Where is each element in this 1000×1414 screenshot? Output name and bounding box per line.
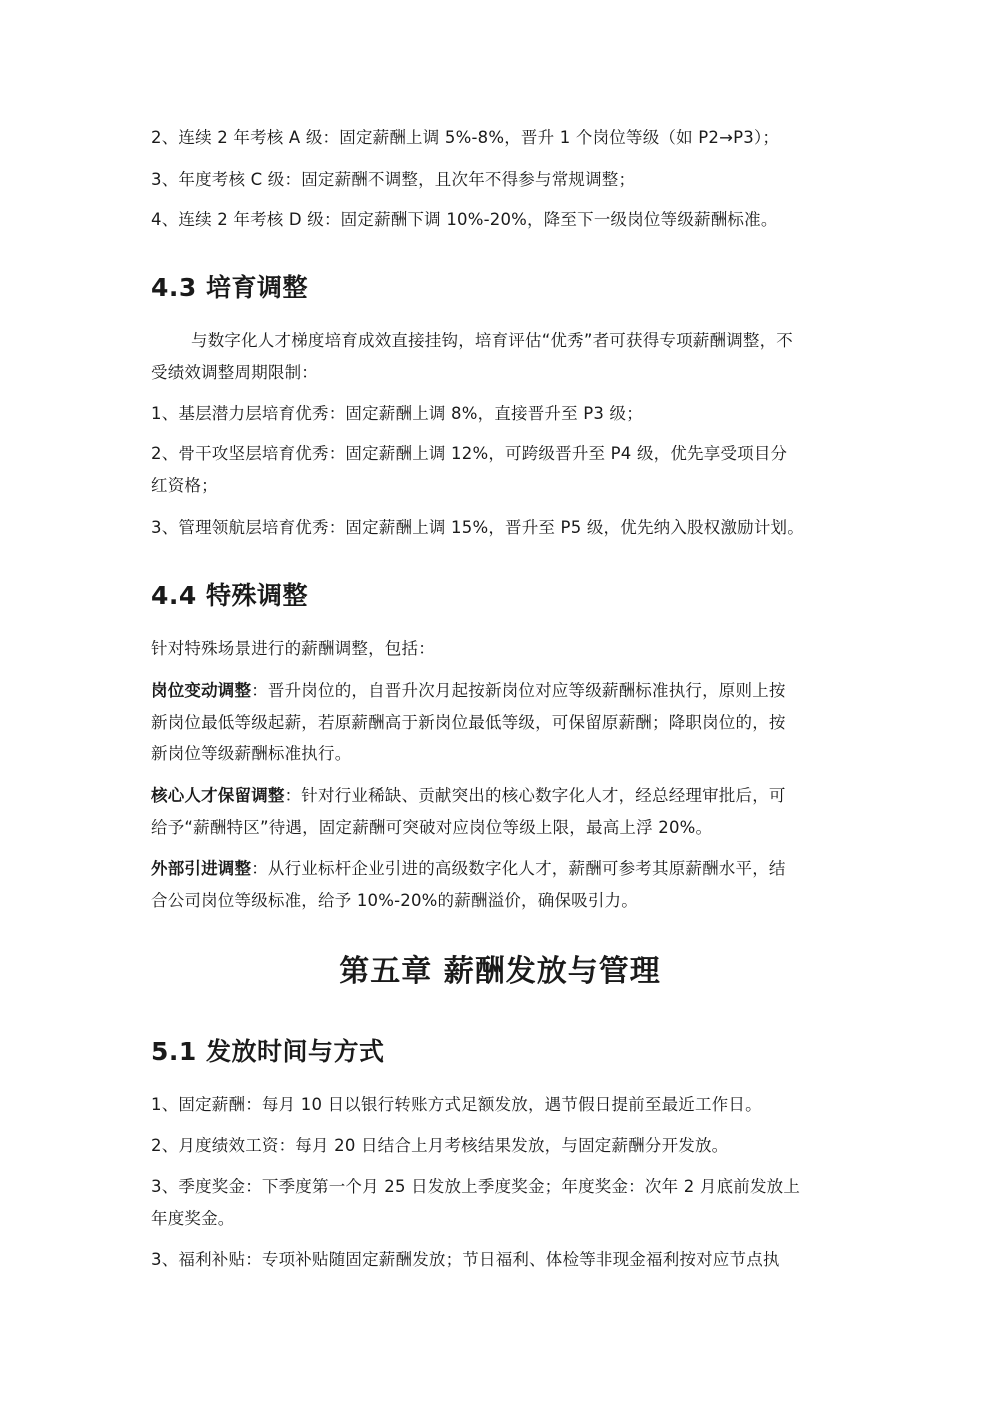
section-heading-5-1: 5.1 发放时间与方式 — [151, 1037, 385, 1067]
term-text: ：晋升岗位的，自晋升次月起按新岗位对应等级薪酬标准执行，原则上按 — [251, 681, 785, 700]
list-item: 3、福利补贴：专项补贴随固定薪酬发放；节日福利、体检等非现金福利按对应节点执 — [151, 1250, 851, 1270]
term-text: ：从行业标杆企业引进的高级数字化人才，薪酬可参考其原薪酬水平，结 — [251, 859, 785, 878]
list-item: 3、管理领航层培育优秀：固定薪酬上调 15%，晋升至 P5 级，优先纳入股权激励… — [151, 518, 851, 538]
list-item: 2、月度绩效工资：每月 20 日结合上月考核结果发放，与固定薪酬分开发放。 — [151, 1136, 851, 1156]
list-item: 1、固定薪酬：每月 10 日以银行转账方式足额发放，遇节假日提前至最近工作日。 — [151, 1095, 851, 1115]
list-item-continuation: 年度奖金。 — [151, 1209, 851, 1229]
term-label: 核心人才保留调整 — [151, 786, 285, 805]
paragraph-line: 给予“薪酬特区”待遇，固定薪酬可突破对应岗位等级上限，最高上浮 20%。 — [151, 818, 851, 838]
paragraph-line: 新岗位最低等级起薪，若原薪酬高于新岗位最低等级，可保留原薪酬；降职岗位的，按 — [151, 713, 851, 733]
list-item: 3、年度考核 C 级：固定薪酬不调整，且次年不得参与常规调整； — [151, 170, 851, 190]
term-label: 外部引进调整 — [151, 859, 251, 878]
term-text: ：针对行业稀缺、贡献突出的核心数字化人才，经总经理审批后，可 — [285, 786, 786, 805]
paragraph-position-change: 岗位变动调整：晋升岗位的，自晋升次月起按新岗位对应等级薪酬标准执行，原则上按 — [151, 681, 851, 701]
list-item-continuation: 红资格； — [151, 476, 851, 496]
list-item: 4、连续 2 年考核 D 级：固定薪酬下调 10%-20%，降至下一级岗位等级薪… — [151, 210, 851, 230]
section-heading-4-4: 4.4 特殊调整 — [151, 581, 308, 611]
list-item: 2、骨干攻坚层培育优秀：固定薪酬上调 12%，可跨级晋升至 P4 级，优先享受项… — [151, 444, 851, 464]
document-page: 2、连续 2 年考核 A 级：固定薪酬上调 5%-8%，晋升 1 个岗位等级（如… — [0, 0, 1000, 1414]
paragraph-core-talent: 核心人才保留调整：针对行业稀缺、贡献突出的核心数字化人才，经总经理审批后，可 — [151, 786, 851, 806]
paragraph-line: 与数字化人才梯度培育成效直接挂钩，培育评估“优秀”者可获得专项薪酬调整，不 — [191, 331, 891, 351]
list-item: 3、季度奖金：下季度第一个月 25 日发放上季度奖金；年度奖金：次年 2 月底前… — [151, 1177, 851, 1197]
paragraph-line: 合公司岗位等级标准，给予 10%-20%的薪酬溢价，确保吸引力。 — [151, 891, 851, 911]
paragraph-line: 针对特殊场景进行的薪酬调整，包括： — [151, 639, 851, 659]
section-heading-4-3: 4.3 培育调整 — [151, 273, 308, 303]
chapter-title: 第五章 薪酬发放与管理 — [0, 954, 1000, 990]
paragraph-external-hire: 外部引进调整：从行业标杆企业引进的高级数字化人才，薪酬可参考其原薪酬水平，结 — [151, 859, 851, 879]
paragraph-line: 受绩效调整周期限制： — [151, 363, 851, 383]
list-item: 2、连续 2 年考核 A 级：固定薪酬上调 5%-8%，晋升 1 个岗位等级（如… — [151, 128, 851, 148]
paragraph-line: 新岗位等级薪酬标准执行。 — [151, 744, 851, 764]
list-item: 1、基层潜力层培育优秀：固定薪酬上调 8%，直接晋升至 P3 级； — [151, 404, 851, 424]
term-label: 岗位变动调整 — [151, 681, 251, 700]
